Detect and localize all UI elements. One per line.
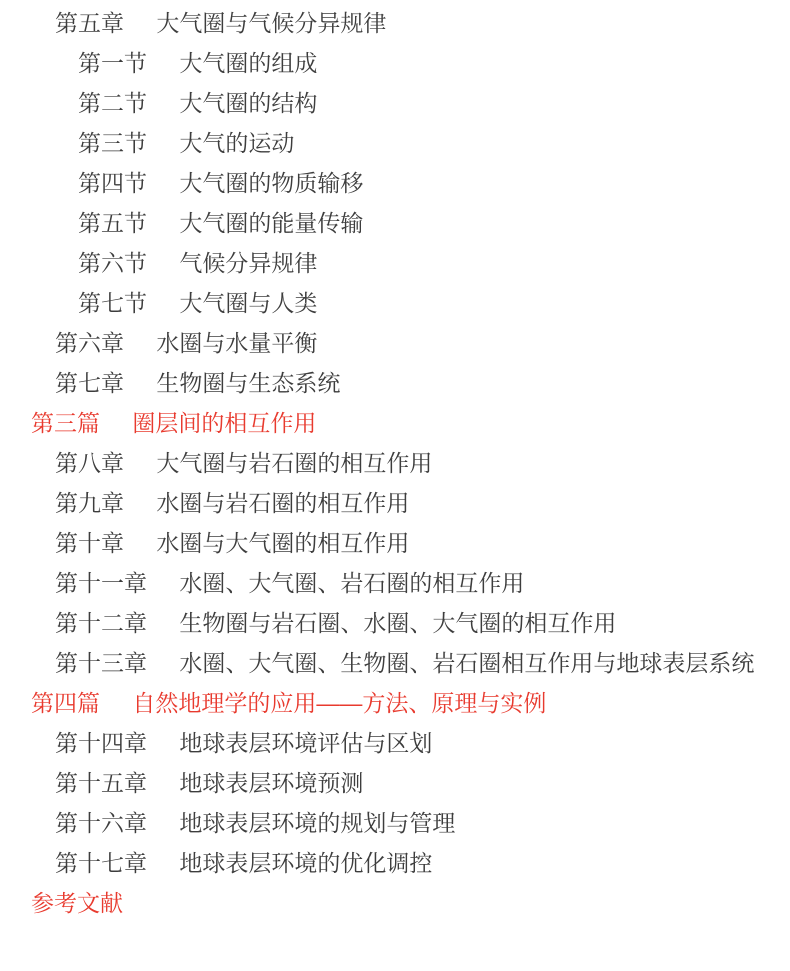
toc-row-number: 第十四章 xyxy=(55,730,147,756)
toc-row-number: 第一节 xyxy=(78,50,147,76)
toc-row-part: 参考文献 xyxy=(0,883,790,923)
toc-row-section: 第三节 大气的运动 xyxy=(0,123,790,163)
toc-row-section: 第七节 大气圈与人类 xyxy=(0,283,790,323)
toc-row-number: 第十章 xyxy=(55,530,124,556)
toc-row-chapter: 第五章 大气圈与气候分异规律 xyxy=(0,3,790,43)
toc-row-number: 第九章 xyxy=(55,490,124,516)
toc-row-section: 第六节 气候分异规律 xyxy=(0,243,790,283)
toc-row-number: 第五章 xyxy=(55,10,124,36)
toc-row-number: 第十二章 xyxy=(55,610,147,636)
toc-row-title: 地球表层环境预测 xyxy=(179,770,363,796)
toc-row-number: 第六章 xyxy=(55,330,124,356)
toc-row-title: 生物圈与岩石圈、水圈、大气圈的相互作用 xyxy=(179,610,616,636)
toc-row-number: 第十七章 xyxy=(55,850,147,876)
table-of-contents: 第五章 大气圈与气候分异规律 第一节 大气圈的组成 第二节 大气圈的结构 第三节… xyxy=(0,0,790,923)
toc-row-title: 大气圈的物质输移 xyxy=(179,170,363,196)
toc-row-title: 自然地理学的应用——方法、原理与实例 xyxy=(132,690,546,716)
toc-row-title: 圈层间的相互作用 xyxy=(132,410,316,436)
toc-row-title: 生物圈与生态系统 xyxy=(156,370,340,396)
toc-row-chapter: 第十三章 水圈、大气圈、生物圈、岩石圈相互作用与地球表层系统 xyxy=(0,643,790,683)
toc-row-number: 第七节 xyxy=(78,290,147,316)
toc-row-number: 第十一章 xyxy=(55,570,147,596)
toc-row-title: 大气圈的结构 xyxy=(179,90,317,116)
toc-row-chapter: 第十五章 地球表层环境预测 xyxy=(0,763,790,803)
toc-row-number: 第十五章 xyxy=(55,770,147,796)
toc-row-chapter: 第六章 水圈与水量平衡 xyxy=(0,323,790,363)
toc-row-title: 大气圈与气候分异规律 xyxy=(156,10,386,36)
toc-row-number: 第八章 xyxy=(55,450,124,476)
toc-row-title: 大气圈与岩石圈的相互作用 xyxy=(156,450,432,476)
toc-row-number: 第六节 xyxy=(78,250,147,276)
toc-row-number: 第四篇 xyxy=(31,690,100,716)
toc-row-chapter: 第十四章 地球表层环境评估与区划 xyxy=(0,723,790,763)
toc-row-section: 第二节 大气圈的结构 xyxy=(0,83,790,123)
toc-row-title: 水圈与岩石圈的相互作用 xyxy=(156,490,409,516)
toc-row-title: 地球表层环境的优化调控 xyxy=(179,850,432,876)
toc-row-number: 第五节 xyxy=(78,210,147,236)
toc-row-number: 第三节 xyxy=(78,130,147,156)
toc-row-title: 水圈与水量平衡 xyxy=(156,330,317,356)
toc-row-section: 第五节 大气圈的能量传输 xyxy=(0,203,790,243)
toc-row-section: 第四节 大气圈的物质输移 xyxy=(0,163,790,203)
toc-row-title: 大气圈的组成 xyxy=(179,50,317,76)
toc-row-chapter: 第八章 大气圈与岩石圈的相互作用 xyxy=(0,443,790,483)
toc-row-chapter: 第十章 水圈与大气圈的相互作用 xyxy=(0,523,790,563)
toc-row-number: 第十六章 xyxy=(55,810,147,836)
toc-row-title: 地球表层环境评估与区划 xyxy=(179,730,432,756)
toc-row-chapter: 第十六章 地球表层环境的规划与管理 xyxy=(0,803,790,843)
toc-row-number: 参考文献 xyxy=(31,890,123,916)
toc-row-title: 水圈、大气圈、岩石圈的相互作用 xyxy=(179,570,524,596)
toc-row-title: 气候分异规律 xyxy=(179,250,317,276)
toc-row-part: 第三篇 圈层间的相互作用 xyxy=(0,403,790,443)
toc-row-part: 第四篇 自然地理学的应用——方法、原理与实例 xyxy=(0,683,790,723)
toc-row-title: 水圈与大气圈的相互作用 xyxy=(156,530,409,556)
toc-row-chapter: 第十二章 生物圈与岩石圈、水圈、大气圈的相互作用 xyxy=(0,603,790,643)
toc-row-chapter: 第七章 生物圈与生态系统 xyxy=(0,363,790,403)
toc-row-title: 大气圈与人类 xyxy=(179,290,317,316)
toc-row-section: 第一节 大气圈的组成 xyxy=(0,43,790,83)
toc-row-chapter: 第十一章 水圈、大气圈、岩石圈的相互作用 xyxy=(0,563,790,603)
toc-row-number: 第三篇 xyxy=(31,410,100,436)
toc-row-title: 水圈、大气圈、生物圈、岩石圈相互作用与地球表层系统 xyxy=(179,650,754,676)
toc-row-number: 第七章 xyxy=(55,370,124,396)
toc-row-chapter: 第十七章 地球表层环境的优化调控 xyxy=(0,843,790,883)
toc-row-number: 第二节 xyxy=(78,90,147,116)
toc-row-title: 大气的运动 xyxy=(179,130,294,156)
toc-row-number: 第四节 xyxy=(78,170,147,196)
toc-row-title: 地球表层环境的规划与管理 xyxy=(179,810,455,836)
toc-row-number: 第十三章 xyxy=(55,650,147,676)
toc-row-title: 大气圈的能量传输 xyxy=(179,210,363,236)
toc-row-chapter: 第九章 水圈与岩石圈的相互作用 xyxy=(0,483,790,523)
